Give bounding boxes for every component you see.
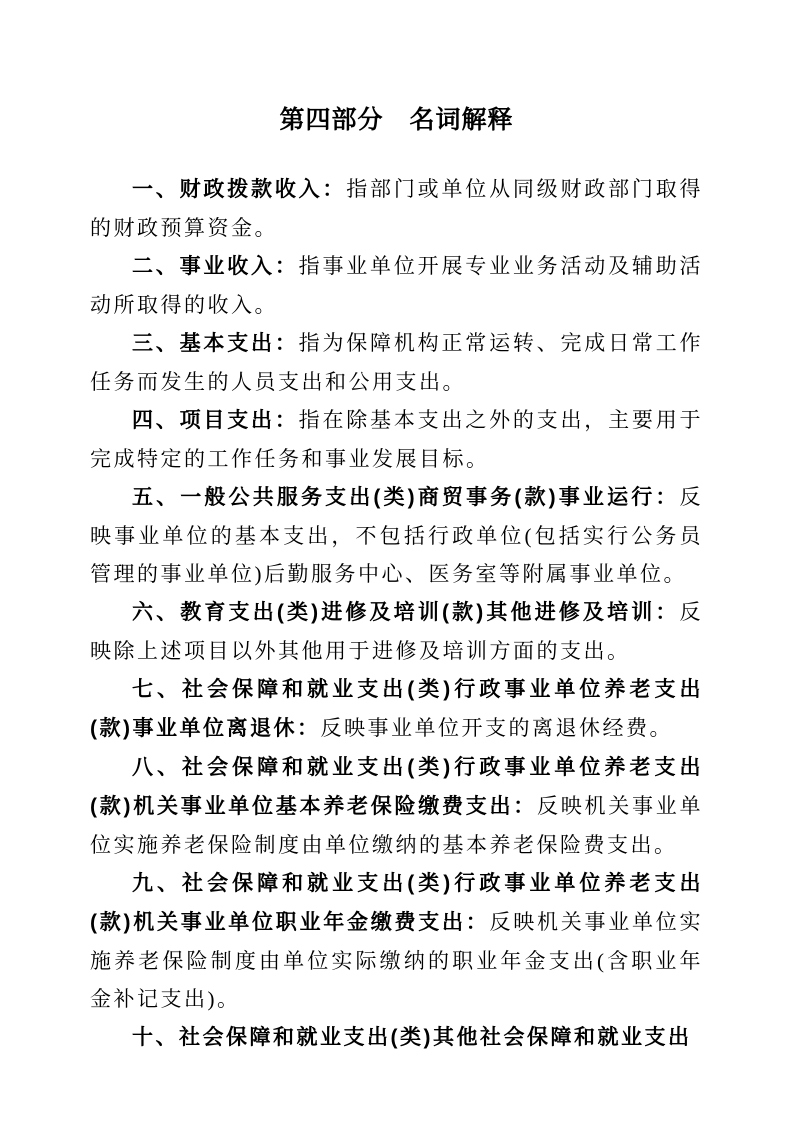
term-label: 一、财政拨款收入： (132, 178, 346, 201)
term-label: 五、一般公共服务支出(类)商贸事务(款)事业运行： (132, 486, 680, 509)
term-label: 十、社会保障和就业支出(类)其他社会保障和就业支出 (132, 1026, 691, 1049)
definition-paragraph: 十、社会保障和就业支出(类)其他社会保障和就业支出 (90, 1018, 703, 1057)
document-page: 第四部分 名词解释 一、财政拨款收入：指部门或单位从同级财政部门取得的财政预算资… (0, 0, 793, 1122)
page-title: 第四部分 名词解释 (90, 103, 703, 137)
definition-paragraph: 三、基本支出：指为保障机构正常运转、完成日常工作任务而发生的人员支出和公用支出。 (90, 324, 703, 401)
definition-paragraph: 六、教育支出(类)进修及培训(款)其他进修及培训：反映除上述项目以外其他用于进修… (90, 593, 703, 670)
term-definition: 反映事业单位开支的离退休经费。 (321, 716, 674, 740)
definition-paragraph: 七、社会保障和就业支出(类)行政事业单位养老支出(款)事业单位离退休：反映事业单… (90, 670, 703, 748)
definition-paragraph: 四、项目支出：指在除基本支出之外的支出，主要用于完成特定的工作任务和事业发展目标… (90, 401, 703, 478)
term-label: 三、基本支出： (132, 332, 299, 355)
definition-paragraph: 五、一般公共服务支出(类)商贸事务(款)事业运行：反映事业单位的基本支出，不包括… (90, 478, 703, 593)
term-label: 四、项目支出： (132, 409, 299, 432)
term-label: 二、事业收入： (132, 255, 299, 278)
definition-paragraph: 九、社会保障和就业支出(类)行政事业单位养老支出(款)机关事业单位职业年金缴费支… (90, 864, 703, 1018)
definition-paragraph: 二、事业收入：指事业单位开展专业业务活动及辅助活动所取得的收入。 (90, 247, 703, 324)
definition-paragraph: 一、财政拨款收入：指部门或单位从同级财政部门取得的财政预算资金。 (90, 170, 703, 247)
term-label: 六、教育支出(类)进修及培训(款)其他进修及培训： (132, 601, 680, 624)
definition-paragraph: 八、社会保障和就业支出(类)行政事业单位养老支出(款)机关事业单位基本养老保险缴… (90, 748, 703, 864)
